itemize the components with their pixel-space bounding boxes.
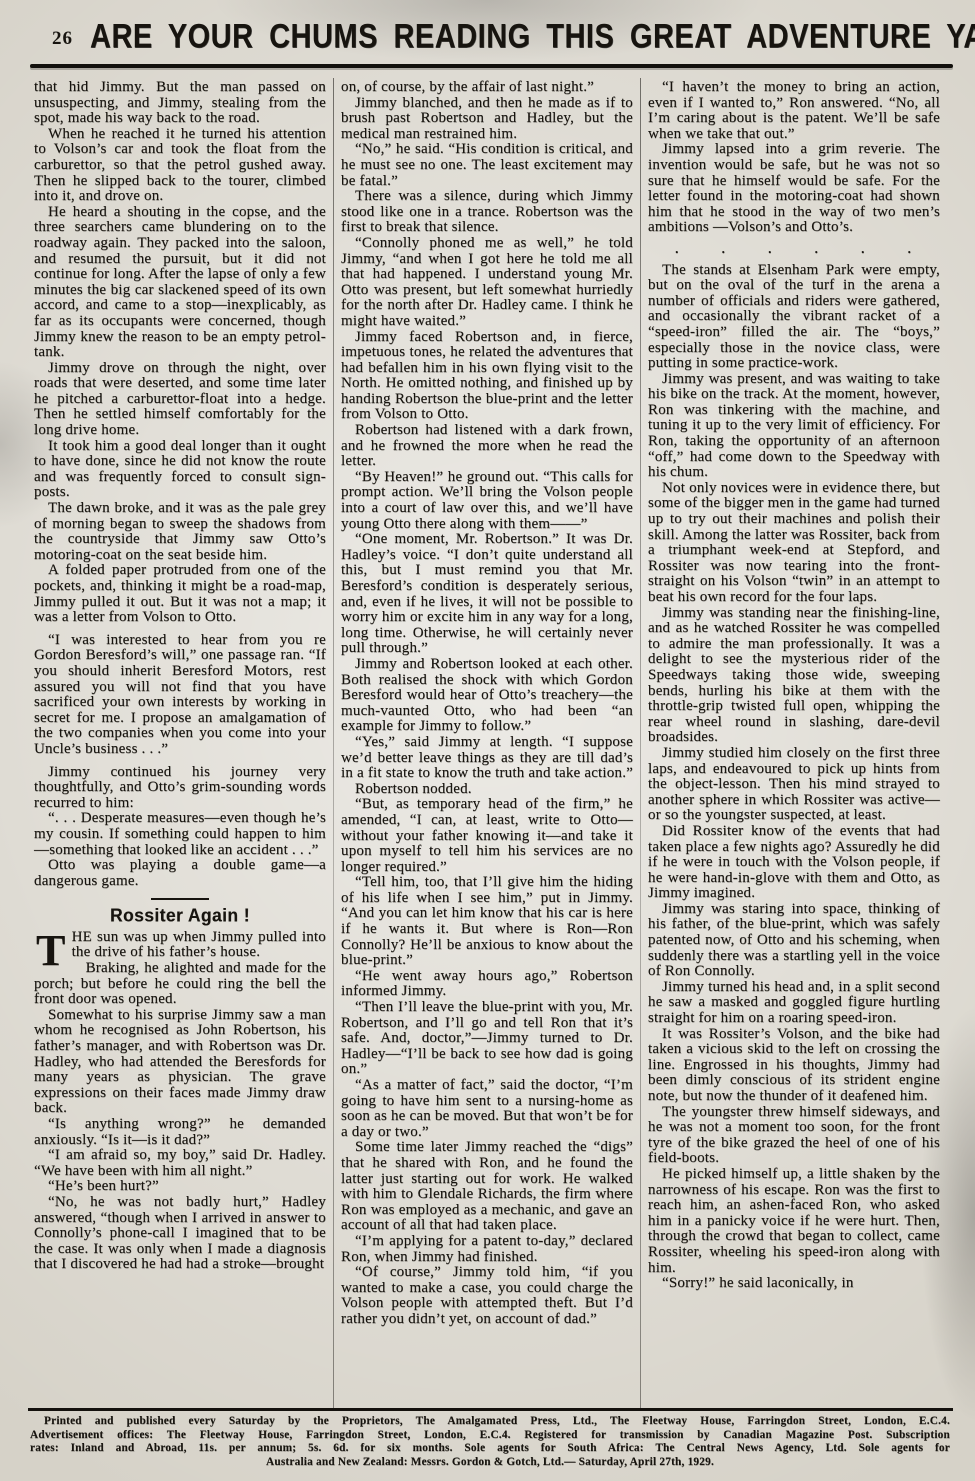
imprint-line: Printed and published every Saturday by … (30, 1415, 950, 1429)
paragraph: Otto was playing a double game—a dangero… (34, 858, 326, 889)
page-header: 26 ARE YOUR CHUMS READING THIS GREAT ADV… (0, 0, 975, 72)
paragraph: “Tell him, too, that I’ll give him the h… (341, 875, 633, 969)
paragraph: It took him a good deal longer than it o… (34, 439, 326, 501)
paragraph: The stands at Elsenham Park were empty, … (648, 263, 940, 372)
paragraph: There was a silence, during which Jimmy … (341, 189, 633, 236)
story-columns: that hid Jimmy. But the man passed on un… (30, 78, 950, 1408)
footer-rule (28, 1408, 953, 1411)
paragraph: He picked himself up, a little shaken by… (648, 1167, 940, 1276)
paragraph: He heard a shouting in the copse, and th… (34, 205, 326, 361)
column-divider (333, 78, 334, 1408)
paragraph: “Is anything wrong?” he demanded anxious… (34, 1117, 326, 1148)
paragraph: Jimmy blanched, and then he made as if t… (341, 96, 633, 143)
paragraph: “I’m applying for a patent to-day,” decl… (341, 1234, 633, 1265)
paragraph: Somewhat to his surprise Jimmy saw a man… (34, 1008, 326, 1117)
paragraph: Robertson had listened with a dark frown… (341, 423, 633, 470)
paragraph: “. . . Desperate measures—even though he… (34, 811, 326, 858)
imprint-footer: Printed and published every Saturday by … (30, 1415, 950, 1469)
paragraph: “Of course,” Jimmy told him, “if you wan… (341, 1265, 633, 1327)
paragraph: Jimmy studied him closely on the first t… (648, 746, 940, 824)
paragraph: that hid Jimmy. But the man passed on un… (34, 80, 326, 127)
page-number: 26 (52, 28, 73, 50)
paragraph: “Then I’ll leave the blue-print with you… (341, 1000, 633, 1078)
masthead-title: ARE YOUR CHUMS READING THIS GREAT ADVENT… (90, 18, 940, 57)
letter-excerpt: “I was interested to hear from you re Go… (34, 633, 326, 758)
paragraph: “No,” he said. “His condition is critica… (341, 142, 633, 189)
magazine-page: 26 ARE YOUR CHUMS READING THIS GREAT ADV… (0, 0, 975, 1481)
paragraph: A folded paper protruded from one of the… (34, 563, 326, 625)
paragraph: Jimmy and Robertson looked at each other… (341, 657, 633, 735)
paragraph: Jimmy turned his head and, in a split se… (648, 980, 940, 1027)
section-divider-rule (151, 898, 209, 900)
paragraph: “One moment, Mr. Robertson.” It was Dr. … (341, 532, 633, 657)
paragraph: “I haven’t the money to bring an action,… (648, 80, 940, 142)
column-divider (640, 78, 641, 1408)
paragraph: The dawn broke, and it was as the pale g… (34, 501, 326, 563)
paragraph: “Sorry!” he said laconically, in (648, 1276, 940, 1292)
header-rule (30, 64, 953, 68)
column-3: “I haven’t the money to bring an action,… (644, 78, 944, 1408)
dropcap-paragraph: THE sun was up when Jimmy pulled into th… (34, 930, 326, 961)
column-1: that hid Jimmy. But the man passed on un… (30, 78, 330, 1408)
paragraph: Braking, he alighted and made for the po… (34, 961, 326, 1008)
paragraph: Some time later Jimmy reached the “digs”… (341, 1140, 633, 1234)
paragraph: “As a matter of fact,” said the doctor, … (341, 1078, 633, 1140)
paragraph: “By Heaven!” he ground out. “This calls … (341, 470, 633, 532)
dropcap-letter: T (34, 930, 72, 970)
paragraph: “No, he was not badly hurt,” Hadley answ… (34, 1195, 326, 1273)
section-heading: Rossiter Again ! (34, 908, 326, 924)
paragraph: It was Rossiter’s Volson, and the bike h… (648, 1027, 940, 1105)
paragraph: “He went away hours ago,” Robertson info… (341, 969, 633, 1000)
paragraph: “But, as temporary head of the firm,” he… (341, 797, 633, 875)
paragraph: Not only novices were in evidence there,… (648, 481, 940, 606)
paragraph: Jimmy was present, and was waiting to ta… (648, 372, 940, 481)
paragraph: Jimmy was staring into space, thinking o… (648, 902, 940, 980)
paragraph: When he reached it he turned his attenti… (34, 127, 326, 205)
paragraph: “Yes,” said Jimmy at length. “I suppose … (341, 735, 633, 782)
imprint-line: Australia and New Zealand: Messrs. Gordo… (30, 1456, 950, 1470)
paragraph: “I am afraid so, my boy,” said Dr. Hadle… (34, 1148, 326, 1179)
paragraph: The youngster threw himself sideways, an… (648, 1105, 940, 1167)
imprint-line: Advertisement offices: The Fleetway Hous… (30, 1429, 950, 1443)
column-2: on, of course, by the affair of last nig… (337, 78, 637, 1408)
paragraph: Robertson nodded. (341, 782, 633, 798)
paragraph: Jimmy faced Robertson and, in fierce, im… (341, 330, 633, 424)
dots-separator: . . . . . . (648, 241, 940, 257)
paragraph: Jimmy continued his journey very thought… (34, 765, 326, 812)
paragraph: Jimmy was standing near the finishing-li… (648, 606, 940, 746)
imprint-line: rates: Inland and Abroad, 11s. per annum… (30, 1442, 950, 1456)
paragraph: “He’s been hurt?” (34, 1179, 326, 1195)
paragraph: Jimmy lapsed into a grim reverie. The in… (648, 142, 940, 236)
paragraph-text: HE sun was up when Jimmy pulled into the… (72, 929, 326, 961)
paragraph: on, of course, by the affair of last nig… (341, 80, 633, 96)
paragraph: Jimmy drove on through the night, over r… (34, 361, 326, 439)
paragraph: “Connolly phoned me as well,” he told Ji… (341, 236, 633, 330)
paragraph: Did Rossiter know of the events that had… (648, 824, 940, 902)
